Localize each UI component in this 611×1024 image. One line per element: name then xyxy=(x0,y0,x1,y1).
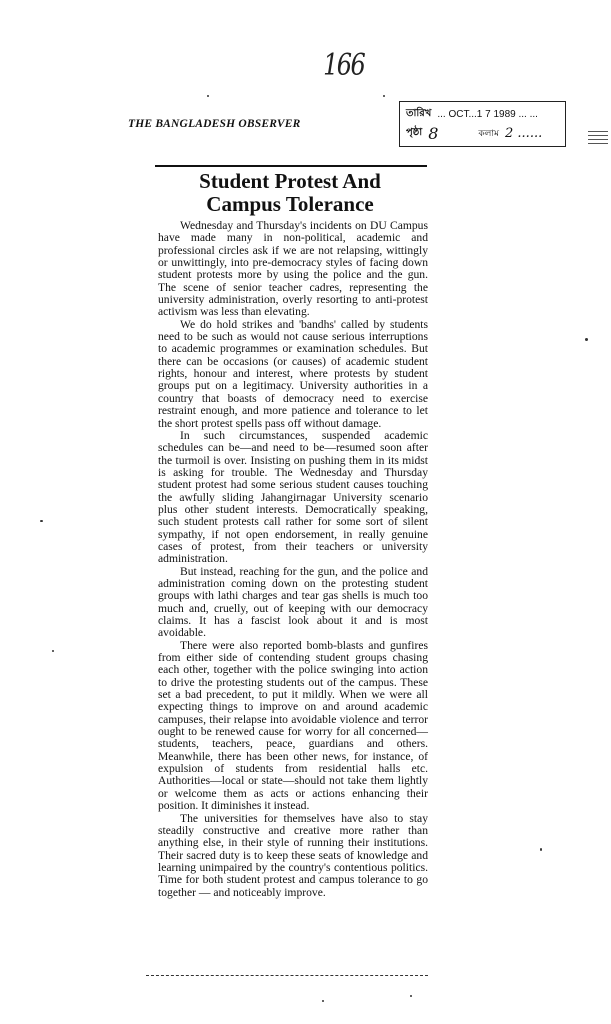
article-paragraph: But instead, reaching for the gun, and t… xyxy=(158,566,428,640)
speck xyxy=(410,995,412,997)
speck xyxy=(207,95,209,97)
article-paragraph: The universities for themselves have als… xyxy=(158,813,428,899)
handwritten-page-number: 166 xyxy=(323,48,364,83)
newspaper-masthead: THE BANGLADESH OBSERVER xyxy=(128,118,300,130)
speck xyxy=(322,1000,324,1002)
stamp-column-label: কলাম xyxy=(478,126,499,141)
edge-mark xyxy=(588,135,608,136)
clipping-bottom-edge xyxy=(146,975,428,976)
stamp-page-row: পৃষ্ঠা 8 কলাম 2 ...... xyxy=(406,124,559,143)
edge-mark xyxy=(588,139,608,140)
page-edge-marks xyxy=(588,128,608,158)
article-paragraph: In such circumstances, suspended academi… xyxy=(158,430,428,566)
speck xyxy=(383,95,385,97)
archive-date-stamp: তারিখ ... OCT...1 7 1989 ... ... পৃষ্ঠা … xyxy=(399,101,566,147)
stamp-date-value: ... OCT...1 7 1989 ... ... xyxy=(437,109,538,120)
stamp-column-value: 2 ...... xyxy=(505,126,542,141)
stamp-date-row: তারিখ ... OCT...1 7 1989 ... ... xyxy=(406,105,559,124)
speck xyxy=(52,650,54,652)
headline-top-rule xyxy=(155,165,427,167)
stamp-date-label: তারিখ xyxy=(406,106,431,123)
speck xyxy=(40,520,43,522)
article-paragraph: There were also reported bomb-blasts and… xyxy=(158,640,428,813)
stamp-page-value: 8 xyxy=(428,124,438,143)
edge-mark xyxy=(588,143,608,144)
article-paragraph: Wednesday and Thursday's incidents on DU… xyxy=(158,220,428,319)
article-paragraph: We do hold strikes and 'bandhs' called b… xyxy=(158,319,428,430)
article-headline: Student Protest And Campus Tolerance xyxy=(160,170,420,216)
speck xyxy=(540,848,542,851)
article-body: Wednesday and Thursday's incidents on DU… xyxy=(158,220,428,899)
edge-mark xyxy=(588,131,608,132)
speck xyxy=(585,338,588,341)
stamp-page-label: পৃষ্ঠা xyxy=(406,125,422,142)
